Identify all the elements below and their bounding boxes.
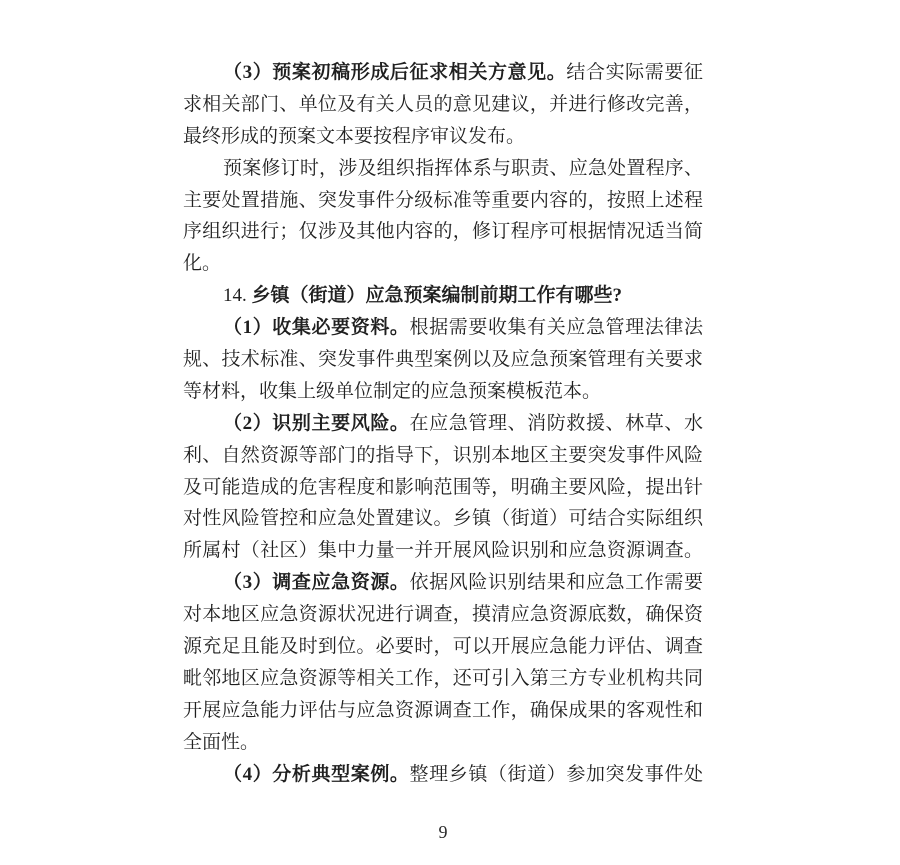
paragraph: 预案修订时，涉及组织指挥体系与职责、应急处置程序、主要处置措施、突发事件分级标准… — [183, 153, 703, 281]
bold-text-segment: （4）分析典型案例。 — [223, 764, 410, 785]
text-segment: 序组织进行；仅涉及其他内容的，修订程序可根据情况适当简 — [183, 221, 703, 242]
text-line: 对性风险管控和应急处置建议。乡镇（街道）可结合实际组织 — [183, 503, 703, 535]
text-line: 序组织进行；仅涉及其他内容的，修订程序可根据情况适当简 — [183, 216, 703, 248]
text-line: 主要处置措施、突发事件分级标准等重要内容的，按照上述程 — [183, 185, 703, 217]
text-line: （3）调查应急资源。依据风险识别结果和应急工作需要 — [183, 567, 703, 599]
text-line: 源充足且能及时到位。必要时，可以开展应急能力评估、调查 — [183, 631, 703, 663]
text-segment: 化。 — [183, 253, 221, 274]
text-segment: 14. — [223, 285, 252, 306]
paragraph: （3）调查应急资源。依据风险识别结果和应急工作需要对本地区应急资源状况进行调查，… — [183, 567, 703, 758]
page-number: 9 — [183, 818, 703, 846]
text-segment: 开展应急能力评估与应急资源调查工作，确保成果的客观性和 — [183, 700, 703, 721]
text-line: 化。 — [183, 248, 703, 280]
text-segment: 所属村（社区）集中力量一并开展风险识别和应急资源调查。 — [183, 540, 703, 561]
bold-text-segment: 乡镇（街道）应急预案编制前期工作有哪些? — [252, 285, 623, 306]
text-line: 对本地区应急资源状况进行调查，摸清应急资源底数，确保资 — [183, 599, 703, 631]
document-page: （3）预案初稿形成后征求相关方意见。结合实际需要征求相关部门、单位及有关人员的意… — [0, 0, 900, 865]
text-line: 规、技术标准、突发事件典型案例以及应急预案管理有关要求 — [183, 344, 703, 376]
text-segment: 在应急管理、消防救援、林草、水 — [410, 413, 703, 434]
text-segment: 规、技术标准、突发事件典型案例以及应急预案管理有关要求 — [183, 349, 703, 370]
text-segment: 对本地区应急资源状况进行调查，摸清应急资源底数，确保资 — [183, 604, 703, 625]
text-line: 开展应急能力评估与应急资源调查工作，确保成果的客观性和 — [183, 695, 703, 727]
text-segment: 根据需要收集有关应急管理法律法 — [410, 317, 703, 338]
text-block: （3）预案初稿形成后征求相关方意见。结合实际需要征求相关部门、单位及有关人员的意… — [183, 57, 703, 790]
text-line: 14. 乡镇（街道）应急预案编制前期工作有哪些? — [183, 280, 703, 312]
text-segment: 结合实际需要征 — [566, 62, 703, 83]
text-line: 所属村（社区）集中力量一并开展风险识别和应急资源调查。 — [183, 535, 703, 567]
text-line: （4）分析典型案例。整理乡镇（街道）参加突发事件处 — [183, 759, 703, 791]
text-segment: 等材料，收集上级单位制定的应急预案模板范本。 — [183, 381, 601, 402]
text-line: 求相关部门、单位及有关人员的意见建议，并进行修改完善， — [183, 89, 703, 121]
paragraph: （4）分析典型案例。整理乡镇（街道）参加突发事件处 — [183, 759, 703, 791]
paragraph: （2）识别主要风险。在应急管理、消防救援、林草、水利、自然资源等部门的指导下，识… — [183, 408, 703, 567]
paragraph: 14. 乡镇（街道）应急预案编制前期工作有哪些? — [183, 280, 703, 312]
text-segment: 依据风险识别结果和应急工作需要 — [410, 572, 703, 593]
text-segment: 及可能造成的危害程度和影响范围等，明确主要风险，提出针 — [183, 477, 703, 498]
text-line: 最终形成的预案文本要按程序审议发布。 — [183, 121, 703, 153]
text-segment: 对性风险管控和应急处置建议。乡镇（街道）可结合实际组织 — [183, 508, 703, 529]
text-segment: 毗邻地区应急资源等相关工作，还可引入第三方专业机构共同 — [183, 668, 703, 689]
text-line: 毗邻地区应急资源等相关工作，还可引入第三方专业机构共同 — [183, 663, 703, 695]
text-line: 预案修订时，涉及组织指挥体系与职责、应急处置程序、 — [183, 153, 703, 185]
text-segment: 预案修订时，涉及组织指挥体系与职责、应急处置程序、 — [223, 158, 703, 179]
paragraph: （1）收集必要资料。根据需要收集有关应急管理法律法规、技术标准、突发事件典型案例… — [183, 312, 703, 408]
text-line: 等材料，收集上级单位制定的应急预案模板范本。 — [183, 376, 703, 408]
text-segment: 求相关部门、单位及有关人员的意见建议，并进行修改完善， — [183, 94, 703, 115]
text-line: 全面性。 — [183, 727, 703, 759]
text-segment: 主要处置措施、突发事件分级标准等重要内容的，按照上述程 — [183, 190, 703, 211]
text-line: 利、自然资源等部门的指导下，识别本地区主要突发事件风险 — [183, 440, 703, 472]
bold-text-segment: （3）调查应急资源。 — [223, 572, 410, 593]
text-segment: 源充足且能及时到位。必要时，可以开展应急能力评估、调查 — [183, 636, 703, 657]
paragraph: （3）预案初稿形成后征求相关方意见。结合实际需要征求相关部门、单位及有关人员的意… — [183, 57, 703, 153]
text-segment: 全面性。 — [183, 732, 259, 753]
bold-text-segment: （1）收集必要资料。 — [223, 317, 410, 338]
text-line: （2）识别主要风险。在应急管理、消防救援、林草、水 — [183, 408, 703, 440]
text-line: （3）预案初稿形成后征求相关方意见。结合实际需要征 — [183, 57, 703, 89]
bold-text-segment: （2）识别主要风险。 — [223, 413, 410, 434]
text-segment: 最终形成的预案文本要按程序审议发布。 — [183, 126, 525, 147]
text-segment: 利、自然资源等部门的指导下，识别本地区主要突发事件风险 — [183, 445, 703, 466]
text-line: （1）收集必要资料。根据需要收集有关应急管理法律法 — [183, 312, 703, 344]
bold-text-segment: （3）预案初稿形成后征求相关方意见。 — [223, 62, 566, 83]
text-segment: 整理乡镇（街道）参加突发事件处 — [410, 764, 703, 785]
text-line: 及可能造成的危害程度和影响范围等，明确主要风险，提出针 — [183, 472, 703, 504]
